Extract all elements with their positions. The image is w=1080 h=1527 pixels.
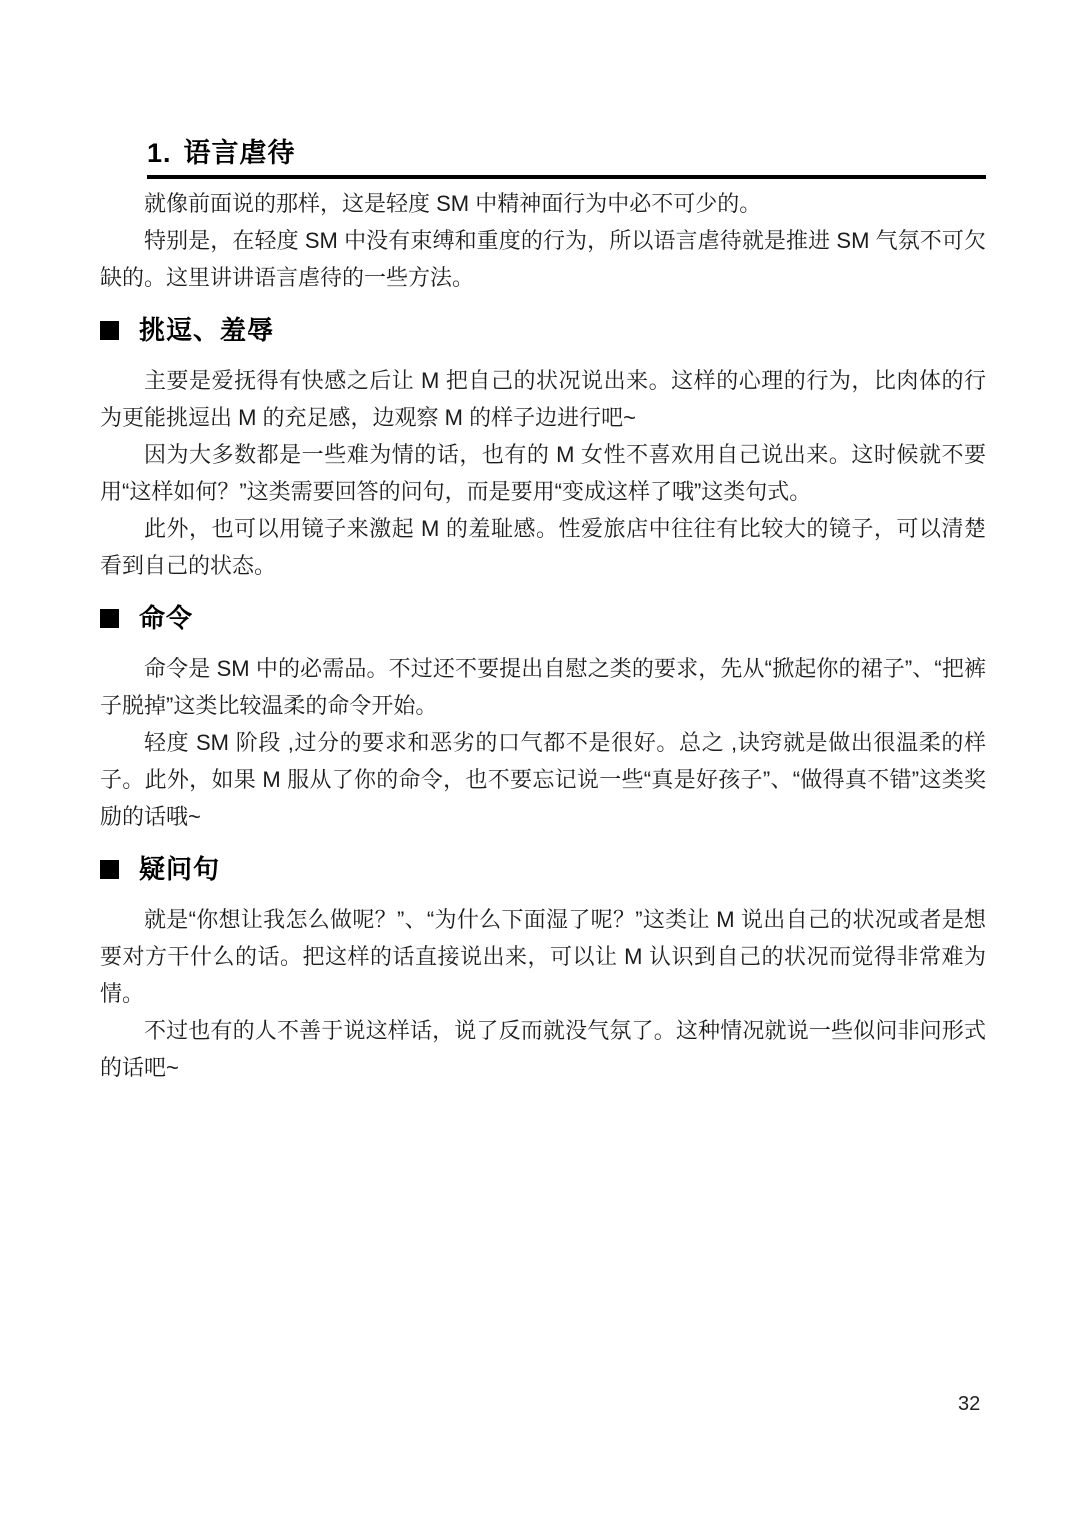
paragraph: 轻度 SM 阶段 ,过分的要求和恶劣的口气都不是很好。总之 ,诀窍就是做出很温柔… (100, 724, 986, 835)
black-square-bullet-icon (100, 321, 119, 340)
page-title: 1.语言虐待 (147, 138, 986, 179)
document-page: 1.语言虐待 就像前面说的那样，这是轻度 SM 中精神面行为中必不可少的。 特别… (0, 0, 1080, 1527)
section-heading-text: 挑逗、羞辱 (139, 313, 274, 347)
section-heading: 命令 (100, 601, 986, 635)
intro-section: 就像前面说的那样，这是轻度 SM 中精神面行为中必不可少的。 特别是，在轻度 S… (100, 185, 986, 296)
paragraph: 就像前面说的那样，这是轻度 SM 中精神面行为中必不可少的。 (100, 185, 986, 222)
page-number: 32 (958, 1392, 980, 1416)
section-heading: 挑逗、羞辱 (100, 313, 986, 347)
page-title-text: 语言虐待 (184, 138, 296, 168)
document-content: 1.语言虐待 就像前面说的那样，这是轻度 SM 中精神面行为中必不可少的。 特别… (100, 138, 986, 1086)
paragraph: 不过也有的人不善于说这样话，说了反而就没气氛了。这种情况就说一些似问非问形式的话… (100, 1012, 986, 1086)
black-square-bullet-icon (100, 609, 119, 628)
paragraph: 因为大多数都是一些难为情的话，也有的 M 女性不喜欢用自己说出来。这时候就不要用… (100, 436, 986, 510)
section-question: 疑问句 就是“你想让我怎么做呢？”、“为什么下面湿了呢？”这类让 M 说出自己的… (100, 852, 986, 1086)
black-square-bullet-icon (100, 860, 119, 879)
section-teasing-humiliation: 挑逗、羞辱 主要是爱抚得有快感之后让 M 把自己的状况说出来。这样的心理的行为，… (100, 313, 986, 584)
paragraph: 命令是 SM 中的必需品。不过还不要提出自慰之类的要求，先从“掀起你的裙子”、“… (100, 650, 986, 724)
page-title-number: 1. (147, 138, 172, 168)
section-heading-text: 疑问句 (139, 852, 220, 886)
paragraph: 就是“你想让我怎么做呢？”、“为什么下面湿了呢？”这类让 M 说出自己的状况或者… (100, 901, 986, 1012)
paragraph: 特别是，在轻度 SM 中没有束缚和重度的行为，所以语言虐待就是推进 SM 气氛不… (100, 222, 986, 296)
paragraph: 此外，也可以用镜子来激起 M 的羞耻感。性爱旅店中往往有比较大的镜子，可以清楚看… (100, 510, 986, 584)
section-heading-text: 命令 (139, 601, 193, 635)
paragraph: 主要是爱抚得有快感之后让 M 把自己的状况说出来。这样的心理的行为，比肉体的行为… (100, 362, 986, 436)
section-command: 命令 命令是 SM 中的必需品。不过还不要提出自慰之类的要求，先从“掀起你的裙子… (100, 601, 986, 835)
section-heading: 疑问句 (100, 852, 986, 886)
